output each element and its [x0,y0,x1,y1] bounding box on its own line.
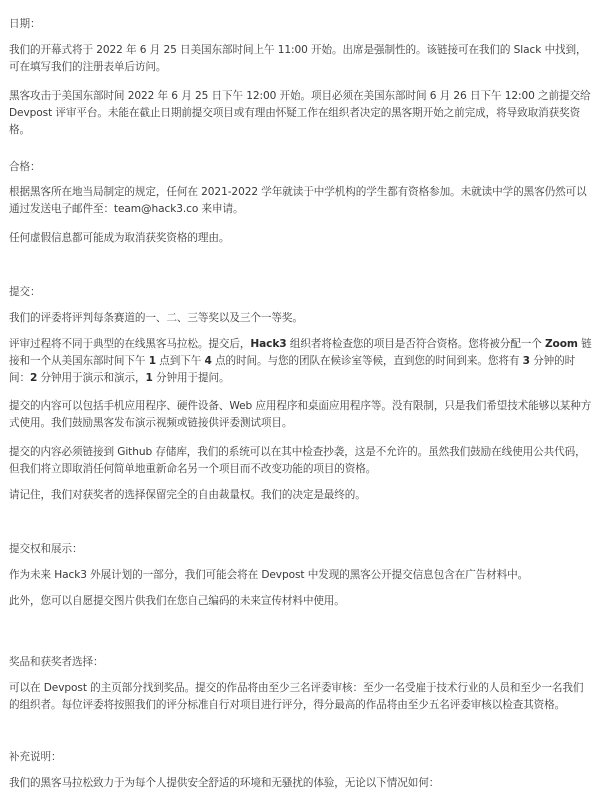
text: 分钟用于演示和演示， [37,372,145,384]
bold-text: Hack3 [250,338,286,350]
paragraph-submission-content: 提交的内容可以包括手机应用程序、硬件设备、Web 应用程序和桌面应用程序等。没有… [9,398,593,432]
paragraph-opening-ceremony: 我们的开幕式将于 2022 年 6 月 25 日美国东部时间上午 11:00 开… [9,42,593,76]
text: 分钟用于提问。 [153,372,230,384]
text: 组织者将检查您的项目是否符合资格。您将被分配一个 [287,338,545,350]
paragraph-outreach: 作为未来 Hack3 外展计划的一部分，我们可能会将在 Devpost 中发现的… [9,567,593,584]
bold-text: 1 [149,355,156,367]
heading-prizes-selection: 奖品和获奖者选择： [9,654,593,671]
bold-text: 1 [146,372,153,384]
heading-eligibility: 合格： [9,159,593,176]
paragraph-discretion: 请记住，我们对获奖者的选择保留完全的自由裁量权。我们的决定是最终的。 [9,487,593,504]
paragraph-images: 此外，您可以自愿提交图片供我们在您自己编码的未来宣传材料中使用。 [9,593,593,610]
heading-submission: 提交： [9,284,593,301]
paragraph-eligibility: 根据黑客所在地当局制定的规定，任何在 2021-2022 学年就读于中学机构的学… [9,184,593,218]
paragraph-prizes-tracks: 我们的评委将评判每条赛道的一、二、三等奖以及三个一等奖。 [9,310,593,327]
paragraph-prizes: 可以在 Devpost 的主页部分找到奖品。提交的作品将由至少三名评委审核：至少… [9,680,593,714]
bold-text: Zoom [545,338,578,350]
paragraph-github: 提交的内容必须链接到 Github 存储库，我们的系统可以在其中检查抄袭，这是不… [9,444,593,478]
bold-text: 3 [523,355,530,367]
heading-additional-notes: 补充说明： [9,749,593,766]
text: 点的时间。与您的团队在候诊室等候，直到您的时间到来。您将有 [212,355,523,367]
bold-text: 4 [204,355,211,367]
text: 评审过程将不同于典型的在线黑客马拉松。提交后， [9,338,250,350]
heading-dates: 日期： [9,16,593,33]
text: 点到下午 [156,355,205,367]
paragraph-false-info: 任何虚假信息都可能成为取消获奖资格的理由。 [9,230,593,247]
heading-rights-showcase: 提交权和展示： [9,541,593,558]
paragraph-safe-environment: 我们的黑客马拉松致力于为每个人提供安全舒适的环境和无骚扰的体验，无论以下情况如何… [9,775,593,792]
paragraph-hacking-period: 黑客攻击于美国东部时间 2022 年 6 月 25 日下午 12:00 开始。项… [9,88,593,139]
paragraph-judging-process: 评审过程将不同于典型的在线黑客马拉松。提交后，Hack3 组织者将检查您的项目是… [9,336,593,387]
